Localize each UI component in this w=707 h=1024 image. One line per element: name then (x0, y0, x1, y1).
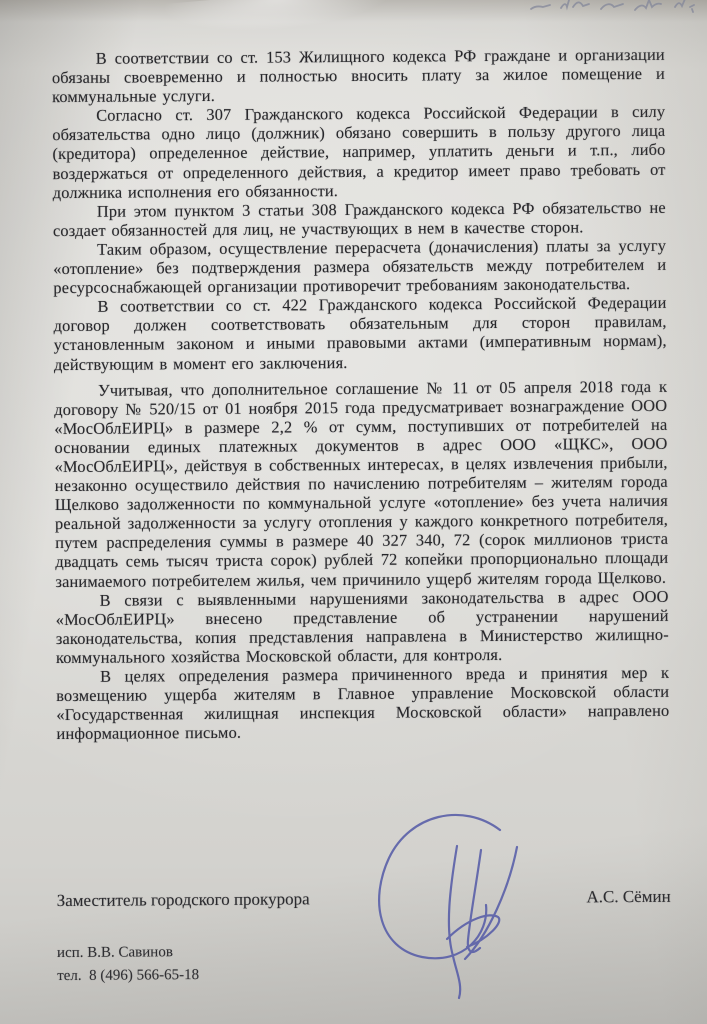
executor-phone-line: тел. 8 (496) 566-65-18 (57, 964, 199, 988)
letter-body: В соответствии со ст. 153 Жилищного коде… (52, 45, 670, 744)
handwritten-marks-icon (527, 0, 707, 24)
signatory-name: А.С. Сёмин (586, 887, 670, 908)
paragraph-2: Согласно ст. 307 Гражданского кодекса Ро… (52, 102, 666, 202)
document-page: В соответствии со ст. 153 Жилищного коде… (0, 0, 707, 1024)
signatory-title: Заместитель городского прокурора (57, 889, 310, 911)
executor-name-line: исп. В.В. Савинов (57, 941, 199, 965)
executor-block: исп. В.В. Савинов тел. 8 (496) 566-65-18 (57, 941, 199, 988)
paragraph-5: В соответствии со ст. 422 Гражданского к… (53, 293, 667, 374)
paragraph-8: В целях определения размера причиненного… (56, 663, 670, 744)
document-photo: В соответствии со ст. 153 Жилищного коде… (0, 0, 707, 1024)
paragraph-3: При этом пунктом 3 статьи 308 Гражданско… (53, 198, 666, 240)
signature-ink (368, 798, 543, 1003)
paragraph-1: В соответствии со ст. 153 Жилищного коде… (52, 45, 665, 107)
paragraph-6: Учитывая, что дополнительное соглашение … (54, 376, 668, 590)
paragraph-4: Таким образом, осуществление перерасчета… (53, 236, 666, 298)
paragraph-7: В связи с выявленными нарушениями законо… (55, 586, 669, 667)
signature-block: Заместитель городского прокурора А.С. Сё… (57, 887, 671, 911)
